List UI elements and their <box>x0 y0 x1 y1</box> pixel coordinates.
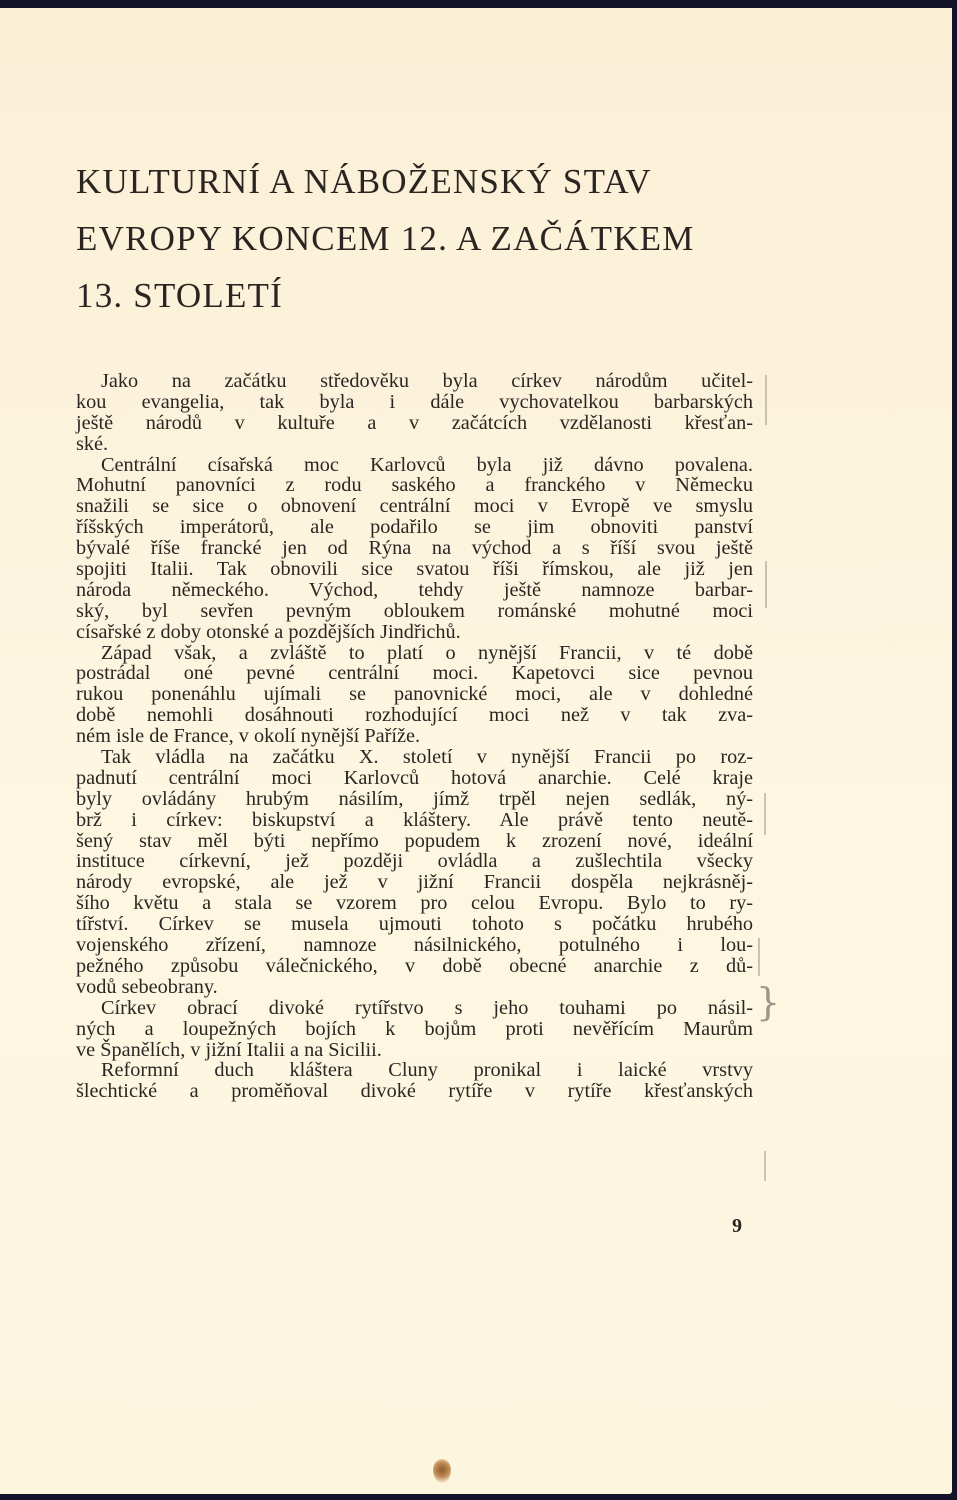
paper-stain <box>433 1459 451 1483</box>
text-line: instituce církevní, jež později ovládla … <box>76 851 753 872</box>
text-line: Centrální císařská moc Karlovců byla již… <box>76 455 753 476</box>
book-page: KULTURNÍ A NÁBOŽENSKÝ STAV EVROPY KONCEM… <box>0 8 952 1494</box>
chapter-title: KULTURNÍ A NÁBOŽENSKÝ STAV EVROPY KONCEM… <box>76 153 796 324</box>
text-line: padnutí centrální moci Karlovců hotová a… <box>76 768 753 789</box>
text-line: ské. <box>76 434 753 455</box>
text-line: ných a loupežných bojích k bojům proti n… <box>76 1019 753 1040</box>
chapter-title-line: EVROPY KONCEM 12. A ZAČÁTKEM <box>76 210 796 267</box>
text-line: době nemohli dosáhnouti rozhodující moci… <box>76 705 753 726</box>
text-line: vojenského zřízení, namnoze násilnického… <box>76 935 753 956</box>
text-line: kou evangelia, tak byla i dále vychovate… <box>76 392 753 413</box>
text-line: vodů sebeobrany. <box>76 977 753 998</box>
chapter-title-line: 13. STOLETÍ <box>76 267 796 324</box>
text-line: ještě národů v kultuře a v začátcích vzd… <box>76 413 753 434</box>
text-line: ve Španělích, v jižní Italii a na Sicili… <box>76 1040 753 1061</box>
pencil-brace-mark: } <box>756 983 780 1021</box>
text-line: šího květu a stala se vzorem pro celou E… <box>76 893 753 914</box>
text-line: Církev obrací divoké rytířstvo s jeho to… <box>76 998 753 1019</box>
text-line: rukou ponenáhlu ujímali se panovnické mo… <box>76 684 753 705</box>
text-line: říšských imperátorů, ale podařilo se jim… <box>76 517 753 538</box>
text-line: Jako na začátku středověku byla církev n… <box>76 371 753 392</box>
text-line: spojiti Italii. Tak obnovili sice svatou… <box>76 559 753 580</box>
text-line: snažili se sice o obnovení centrální moc… <box>76 496 753 517</box>
chapter-title-line: KULTURNÍ A NÁBOŽENSKÝ STAV <box>76 153 796 210</box>
pencil-margin-mark <box>764 793 766 835</box>
text-line: národa německého. Východ, tehdy ještě na… <box>76 580 753 601</box>
pencil-margin-mark <box>758 938 760 976</box>
text-line: šlechtické a proměňoval divoké rytíře v … <box>76 1081 753 1102</box>
pencil-margin-mark <box>765 375 767 425</box>
pencil-margin-mark <box>764 1151 766 1181</box>
text-line: pežného způsobu válečnického, v době obe… <box>76 956 753 977</box>
text-line: byly ovládány hrubým násilím, jímž trpěl… <box>76 789 753 810</box>
text-line: šený stav měl býti nepřímo popudem k zro… <box>76 831 753 852</box>
text-line: Tak vládla na začátku X. století v nyněj… <box>76 747 753 768</box>
text-line: Reformní duch kláštera Cluny pronikal i … <box>76 1060 753 1081</box>
page-number: 9 <box>732 1215 742 1238</box>
text-line: národy evropské, ale jež v jižní Francii… <box>76 872 753 893</box>
body-text: Jako na začátku středověku byla církev n… <box>76 371 753 1102</box>
text-line: bývalé říše francké jen od Rýna na výcho… <box>76 538 753 559</box>
text-line: postrádal oné pevné centrální moci. Kape… <box>76 663 753 684</box>
text-line: císařské z doby otonské a pozdějších Jin… <box>76 622 753 643</box>
text-line: Mohutní panovníci z rodu saského a franc… <box>76 475 753 496</box>
text-line: brž i církev: biskupství a kláštery. Ale… <box>76 810 753 831</box>
text-line: Západ však, a zvláště to platí o nynější… <box>76 643 753 664</box>
text-line: tířství. Církev se musela ujmouti tohoto… <box>76 914 753 935</box>
pencil-margin-mark <box>765 561 767 608</box>
text-line: ném isle de France, v okolí nynější Paří… <box>76 726 753 747</box>
text-line: ský, byl sevřen pevným obloukem románské… <box>76 601 753 622</box>
